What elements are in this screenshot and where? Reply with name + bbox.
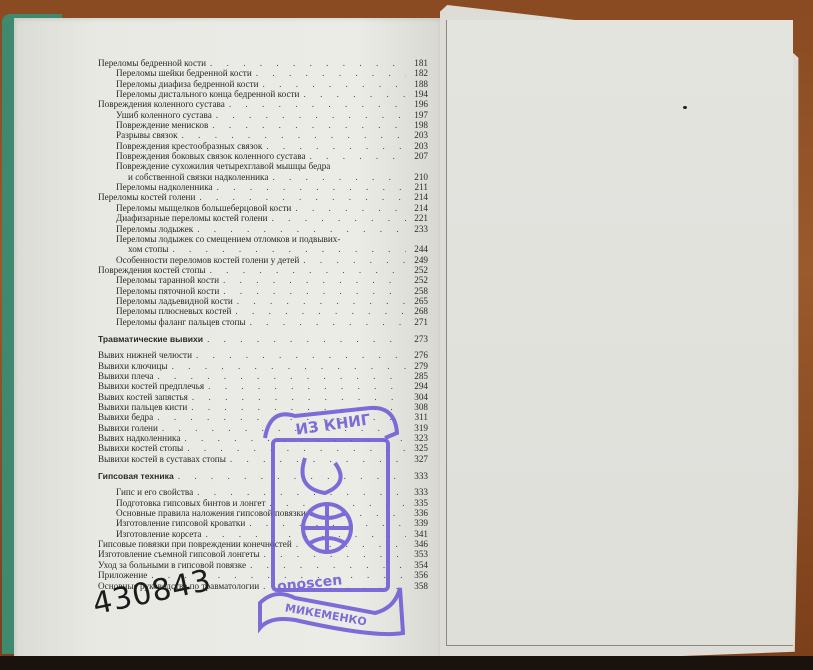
toc-entry-title: Вывихи костей в суставах стопы: [98, 454, 230, 464]
toc-entry-title: хом стопы: [128, 244, 172, 254]
toc-entry-title: Вывих костей запястья: [98, 392, 192, 402]
toc-entry-title: Переломы фаланг пальцев стопы: [116, 317, 250, 327]
toc-entry-title: Переломы пяточной кости: [116, 286, 223, 296]
toc-entry: Переломы костей голени214: [98, 192, 428, 202]
toc-entry-page: 196: [406, 99, 428, 109]
leader-dots: [235, 306, 406, 316]
table-shadow: [0, 656, 813, 670]
toc-entry-page: 327: [406, 454, 428, 464]
toc-entry-title: Переломы шейки бедренной кости: [116, 68, 256, 78]
toc-entry-title: Переломы таранной кости: [116, 275, 223, 285]
leader-dots: [303, 89, 406, 99]
toc-entry-page: 285: [406, 371, 428, 381]
toc-entry-title: Переломы дистального конца бедренной кос…: [116, 89, 303, 99]
toc-entry-title: Переломы плюсневых костей: [116, 306, 235, 316]
toc-entry-title: Переломы ладьевидной кости: [116, 296, 237, 306]
leader-dots: [310, 151, 406, 161]
toc-entry-page: 214: [406, 203, 428, 213]
toc-entry-title: Переломы диафиза бедренной кости: [116, 79, 263, 89]
leader-dots: [197, 224, 406, 234]
toc-entry-page: 319: [406, 423, 428, 433]
leader-dots: [210, 58, 406, 68]
toc-entry-page: 273: [406, 334, 428, 344]
toc-entry: Переломы таранной кости252: [98, 275, 428, 285]
leader-dots: [212, 120, 406, 130]
leader-dots: [250, 317, 406, 327]
toc-entry-title: Переломы лодыжек: [116, 224, 197, 234]
toc-entry-page: 356: [406, 570, 428, 580]
toc-entry-page: 210: [406, 172, 428, 182]
toc-entry: Вывихи плеча285: [98, 371, 428, 381]
toc-entry: Переломы фаланг пальцев стопы271: [98, 317, 428, 327]
toc-entry-title: Переломы костей голени: [98, 192, 199, 202]
toc-entry-title: Вывихи ключицы: [98, 361, 172, 371]
toc-entry: Диафизарные переломы костей голени221: [98, 213, 428, 223]
toc-entry: Повреждения боковых связок коленного сус…: [98, 151, 428, 161]
toc-entry: Переломы дистального конца бедренной кос…: [98, 89, 428, 99]
toc-entry: Вывихи ключицы279: [98, 361, 428, 371]
toc-entry: Повреждения коленного сустава196: [98, 99, 428, 109]
toc-entry-page: 279: [406, 361, 428, 371]
toc-entry: Повреждения костей стопы252: [98, 265, 428, 275]
toc-entry-page: 333: [406, 471, 428, 481]
toc-entry-title: Вывих надколенника: [98, 433, 184, 443]
leader-dots: [223, 275, 406, 285]
toc-entry-title: Вывихи пальцев кисти: [98, 402, 191, 412]
toc-entry-title: Переломы бедренной кости: [98, 58, 210, 68]
toc-entry: Переломы лодыжек233: [98, 224, 428, 234]
toc-entry: и собственной связки надколенника210: [98, 172, 428, 182]
toc-entry-page: 323: [406, 433, 428, 443]
toc-entry-page: 203: [406, 130, 428, 140]
leader-dots: [229, 99, 406, 109]
toc-entry-page: 276: [406, 350, 428, 360]
toc-entry-page: 214: [406, 192, 428, 202]
leader-dots: [199, 192, 406, 202]
toc-entry: Вывих нижней челюсти276: [98, 350, 428, 360]
toc-entry-page: 354: [406, 560, 428, 570]
toc-entry-title: Повреждения боковых связок коленного сус…: [116, 151, 310, 161]
leader-dots: [196, 350, 406, 360]
leader-dots: [272, 172, 406, 182]
leader-dots: [256, 68, 406, 78]
toc-entry-title: Повреждение менисков: [116, 120, 212, 130]
toc-entry: Повреждения крестообразных связок203: [98, 141, 428, 151]
toc-entry-page: 335: [406, 498, 428, 508]
toc-entry-title: Изготовление корсета: [116, 529, 206, 539]
toc-entry-title: Вывихи голени: [98, 423, 162, 433]
toc-entry-title: Ушиб коленного сустава: [116, 110, 216, 120]
toc-entry: Переломы пяточной кости258: [98, 286, 428, 296]
toc-entry-page: 346: [406, 539, 428, 549]
leader-dots: [172, 244, 406, 254]
leader-dots: [210, 265, 406, 275]
leader-dots: [157, 371, 406, 381]
toc-entry-page: 198: [406, 120, 428, 130]
toc-entry-page: 336: [406, 508, 428, 518]
toc-entry-title: и собственной связки надколенника: [128, 172, 272, 182]
library-stamp-icon: ИЗ КНИГ onoscen МИКЕМЕНКО: [255, 398, 405, 638]
toc-entry-page: 294: [406, 381, 428, 391]
toc-entry: Переломы диафиза бедренной кости188: [98, 79, 428, 89]
toc-entry-title: Гипс и его свойства: [116, 487, 197, 497]
toc-entry-title: Изготовление гипсовой кроватки: [116, 518, 249, 528]
toc-entry-page: 182: [406, 68, 428, 78]
toc-entry-title: Повреждения крестообразных связок: [116, 141, 266, 151]
toc-entry-page: 252: [406, 265, 428, 275]
toc-entry-title: Повреждения костей стопы: [98, 265, 210, 275]
toc-entry: Травматические вывихи273: [98, 334, 428, 344]
toc-entry-title: Переломы надколенника: [116, 182, 217, 192]
toc-entry-page: 353: [406, 549, 428, 559]
leader-dots: [266, 141, 406, 151]
toc-entry-page: 304: [406, 392, 428, 402]
toc-entry: хом стопы244: [98, 244, 428, 254]
toc-entry: Переломы мыщелков большеберцовой кости21…: [98, 203, 428, 213]
toc-entry-title: Вывихи костей предплечья: [98, 381, 208, 391]
toc-entry-title: Переломы лодыжек со смещением отломков и…: [116, 234, 344, 244]
toc-entry-title: Травматические вывихи: [98, 334, 207, 344]
toc-entry-page: 252: [406, 275, 428, 285]
right-page: [446, 20, 793, 646]
toc-entry-page: 325: [406, 443, 428, 453]
leader-dots: [295, 203, 406, 213]
toc-entry-page: 233: [406, 224, 428, 234]
toc-entry: Переломы бедренной кости181: [98, 58, 428, 68]
toc-entry-title: Разрывы связок: [116, 130, 182, 140]
toc-entry-page: 181: [406, 58, 428, 68]
toc-entry-page: 249: [406, 255, 428, 265]
paper-speck: [683, 106, 687, 109]
toc-entry: Особенности переломов костей голени у де…: [98, 255, 428, 265]
leader-dots: [172, 361, 406, 371]
toc-entry: Переломы надколенника211: [98, 182, 428, 192]
toc-entry-page: 268: [406, 306, 428, 316]
leader-dots: [272, 213, 406, 223]
toc-entry: Переломы лодыжек со смещением отломков и…: [98, 234, 428, 244]
toc-entry: Переломы ладьевидной кости265: [98, 296, 428, 306]
toc-entry: Повреждение менисков198: [98, 120, 428, 130]
toc-entry: Переломы шейки бедренной кости182: [98, 68, 428, 78]
toc-entry-page: 207: [406, 151, 428, 161]
toc-entry-page: 188: [406, 79, 428, 89]
toc-entry: Разрывы связок203: [98, 130, 428, 140]
toc-entry-title: Переломы мыщелков большеберцовой кости: [116, 203, 295, 213]
toc-entry-page: 341: [406, 529, 428, 539]
toc-entry-page: 271: [406, 317, 428, 327]
leader-dots: [216, 110, 406, 120]
leader-dots: [207, 334, 406, 344]
toc-entry-page: 244: [406, 244, 428, 254]
toc-entry: Переломы плюсневых костей268: [98, 306, 428, 316]
toc-entry-page: 339: [406, 518, 428, 528]
toc-entry: Ушиб коленного сустава197: [98, 110, 428, 120]
toc-entry-page: 221: [406, 213, 428, 223]
toc-entry-page: 358: [406, 581, 428, 591]
toc-entry-title: Вывихи костей стопы: [98, 443, 187, 453]
leader-dots: [208, 381, 406, 391]
toc-entry-title: Вывихи плеча: [98, 371, 157, 381]
toc-entry-title: Вывихи бедра: [98, 412, 157, 422]
toc-entry: Повреждение сухожилия четырехглавой мышц…: [98, 161, 428, 171]
toc-entry-title: Повреждение сухожилия четырехглавой мышц…: [116, 161, 334, 171]
toc-entry-title: Повреждения коленного сустава: [98, 99, 229, 109]
toc-entry-page: 197: [406, 110, 428, 120]
toc-entry-page: 265: [406, 296, 428, 306]
toc-entry-page: 311: [406, 412, 428, 422]
leader-dots: [182, 130, 406, 140]
toc-entry-title: Диафизарные переломы костей голени: [116, 213, 272, 223]
toc-entry-title: Уход за больными в гипсовой повязке: [98, 560, 250, 570]
leader-dots: [223, 286, 406, 296]
toc-entry-page: 308: [406, 402, 428, 412]
toc-entry-page: 258: [406, 286, 428, 296]
toc-entry-title: Гипсовая техника: [98, 471, 178, 481]
leader-dots: [217, 182, 406, 192]
toc-entry-title: Вывих нижней челюсти: [98, 350, 196, 360]
leader-dots: [263, 79, 406, 89]
toc-entry-page: 194: [406, 89, 428, 99]
toc-entry: Вывихи костей предплечья294: [98, 381, 428, 391]
toc-entry-page: 333: [406, 487, 428, 497]
leader-dots: [303, 255, 406, 265]
toc-entry-title: Подготовка гипсовых бинтов и лонгет: [116, 498, 270, 508]
toc-entry-page: 203: [406, 141, 428, 151]
toc-entry-title: Изготовление съемной гипсовой лонгеты: [98, 549, 264, 559]
toc-entry-title: Особенности переломов костей голени у де…: [116, 255, 303, 265]
leader-dots: [237, 296, 406, 306]
toc-entry-page: 211: [406, 182, 428, 192]
